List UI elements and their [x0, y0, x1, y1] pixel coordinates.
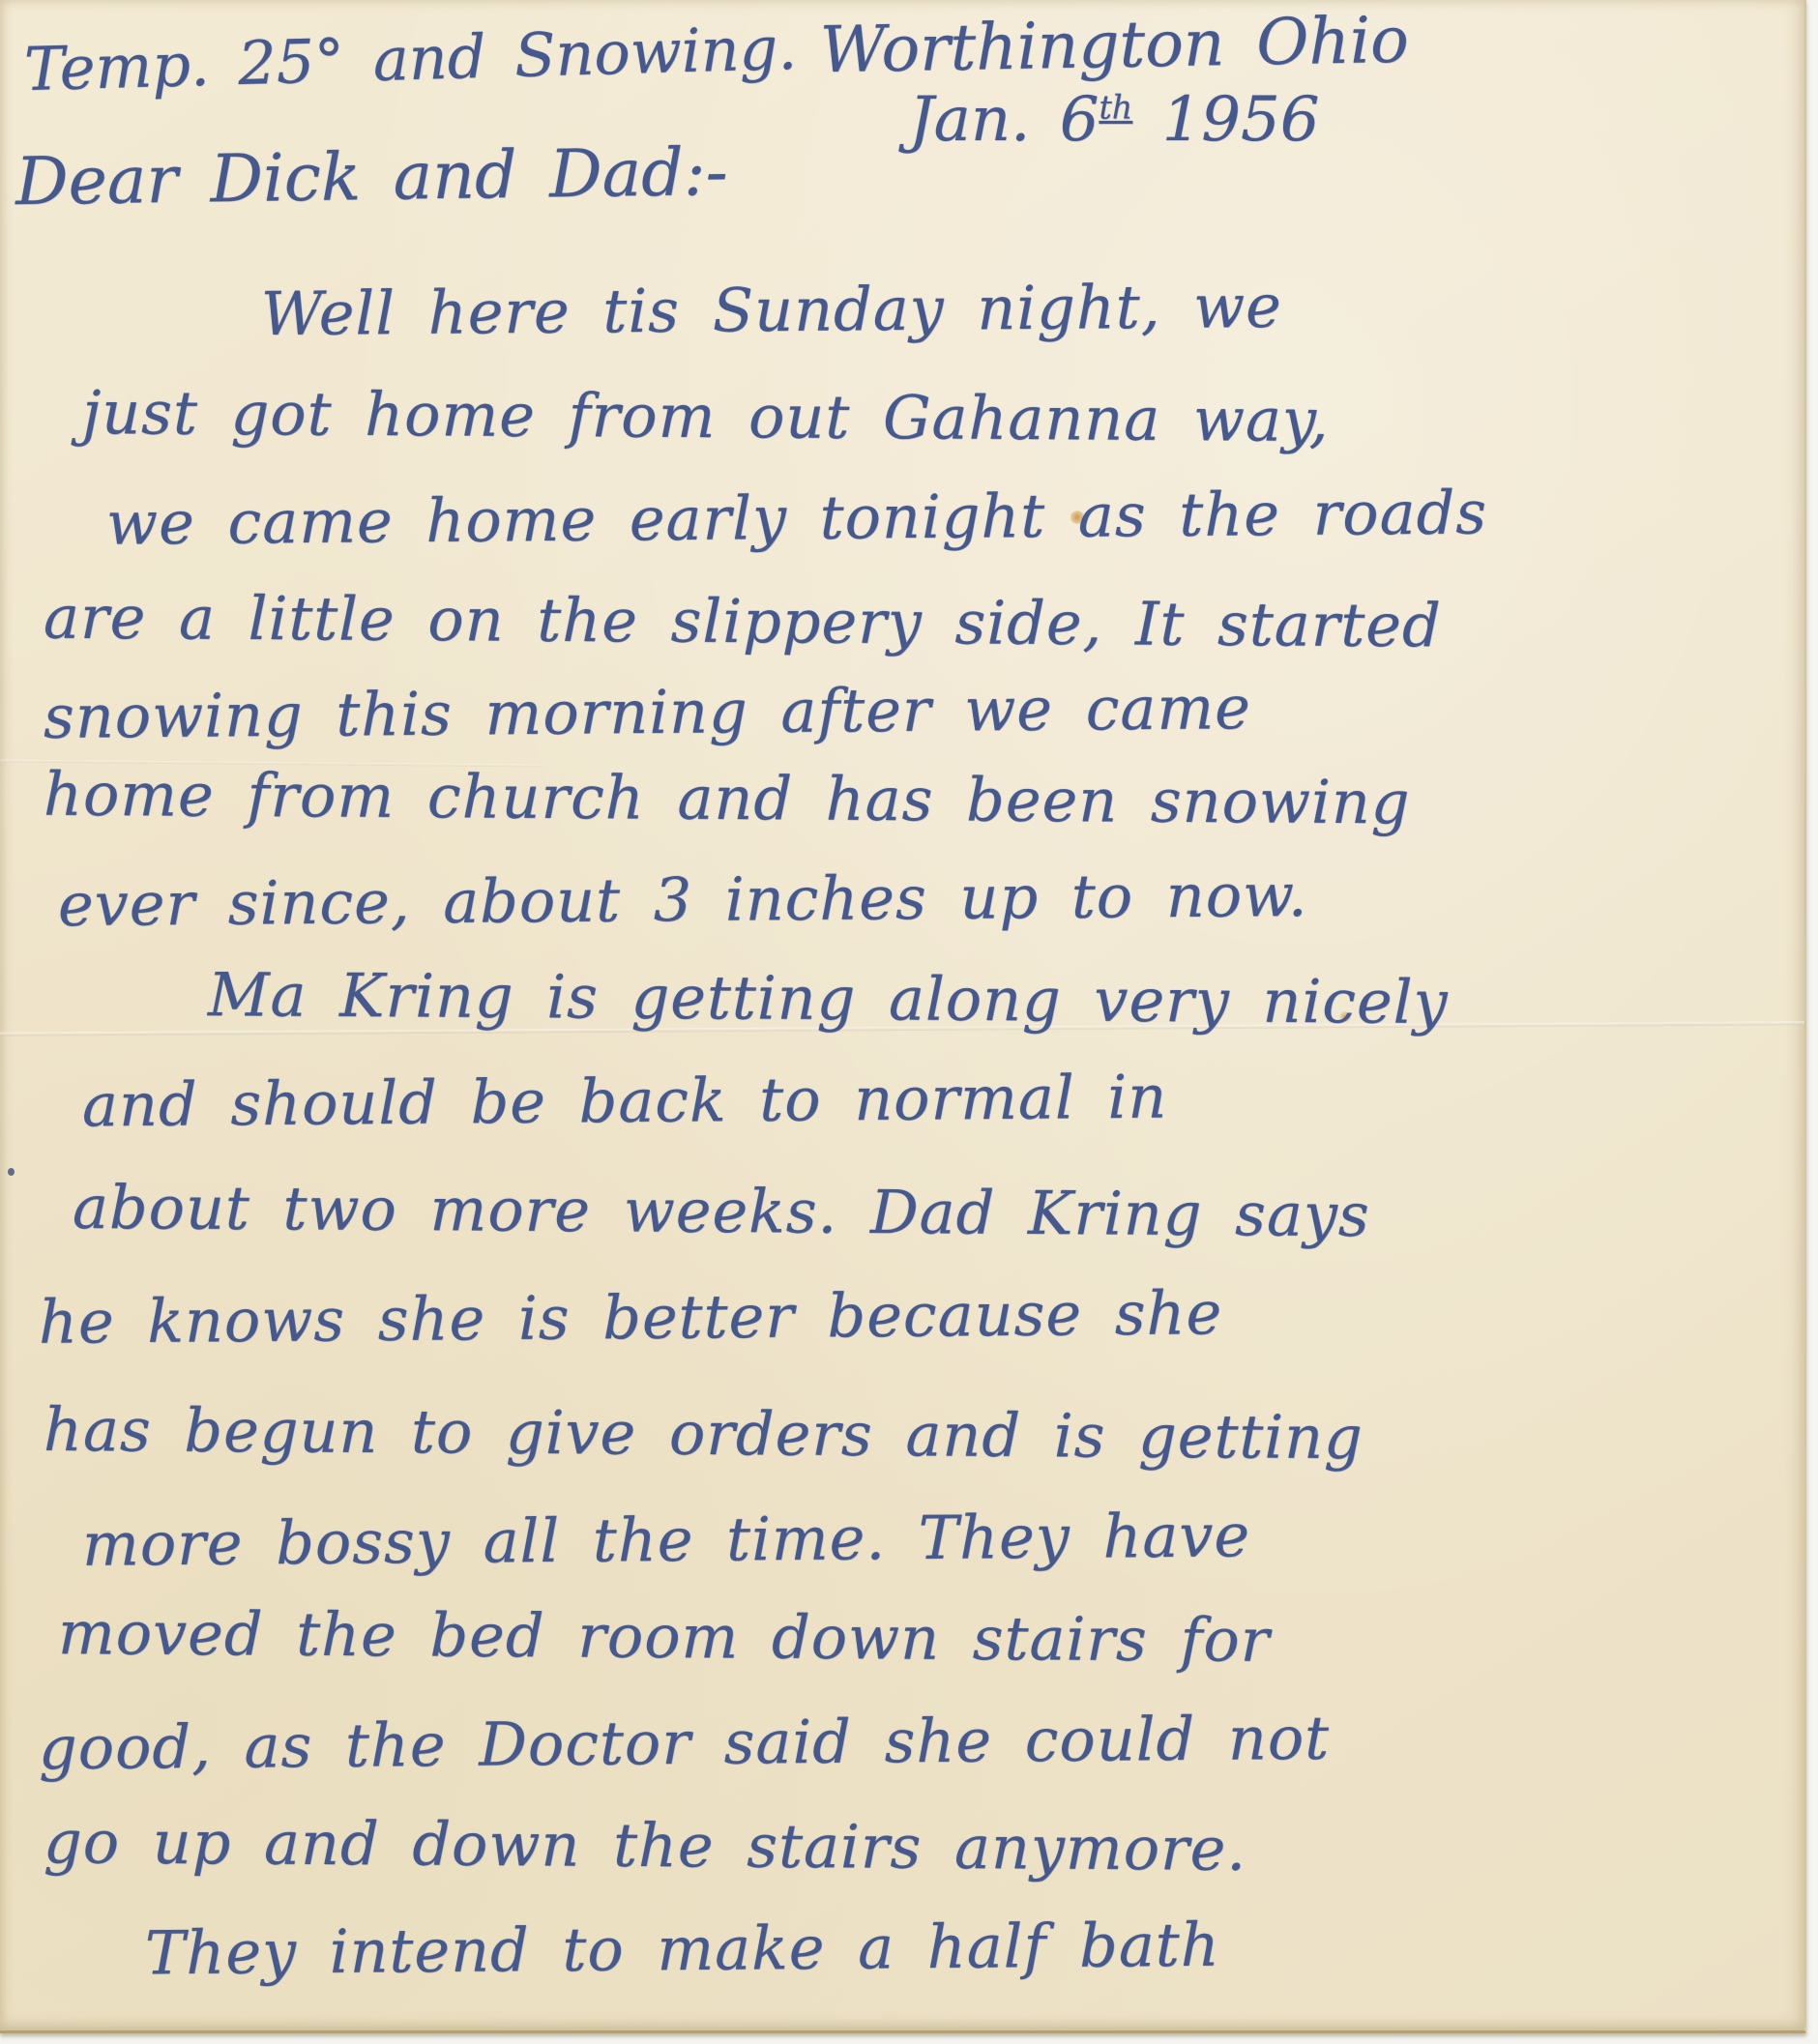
letter-line: has begun to give orders and is getting — [44, 1400, 1363, 1468]
letter-line: snowing this morning after we came — [44, 678, 1251, 747]
letter-date: Jan. 6th 1956 — [909, 89, 1319, 151]
letter-line: Ma Kring is getting along very nicely — [208, 965, 1449, 1033]
letter-line: go up and down the stairs anymore. — [44, 1812, 1246, 1880]
letter-line: good, as the Doctor said she could not — [39, 1708, 1331, 1778]
letter-line: are a little on the slippery side, It st… — [44, 588, 1442, 657]
letter-line: he knows she is better because she — [39, 1283, 1223, 1353]
salutation: Dear Dick and Dad:- — [15, 140, 728, 216]
letter-place: Worthington Ohio — [819, 9, 1409, 83]
letter-line: ever since, about 3 inches up to now. — [58, 865, 1308, 935]
letter-line: and should be back to normal in — [82, 1067, 1168, 1136]
letter-line: about two more weeks. Dad Kring says — [73, 1178, 1370, 1245]
letter-paper: Temp. 25° and Snowing. Worthington Ohio … — [0, 0, 1806, 2033]
scanned-letter-page: Temp. 25° and Snowing. Worthington Ohio … — [0, 0, 1818, 2044]
letter-line: home from church and has been snowing — [44, 765, 1411, 833]
temperature-note: Temp. 25° and Snowing. — [23, 18, 797, 100]
letter-date-ordinal: th — [1099, 89, 1132, 127]
letter-line: more bossy all the time. They have — [82, 1505, 1251, 1574]
letter-line: moved the bed room down stairs for — [58, 1603, 1271, 1671]
ink-speck — [8, 1168, 15, 1176]
letter-line: we came home early tonight as the roads — [106, 482, 1488, 553]
letter-line: Well here tis Sunday night, we — [261, 277, 1282, 344]
letter-date-year: 1956 — [1162, 84, 1320, 156]
letter-line: They intend to make a half bath — [145, 1915, 1220, 1984]
letter-date-day: Jan. 6 — [909, 84, 1099, 156]
letter-line: just got home from out Gahanna way, — [82, 383, 1330, 451]
